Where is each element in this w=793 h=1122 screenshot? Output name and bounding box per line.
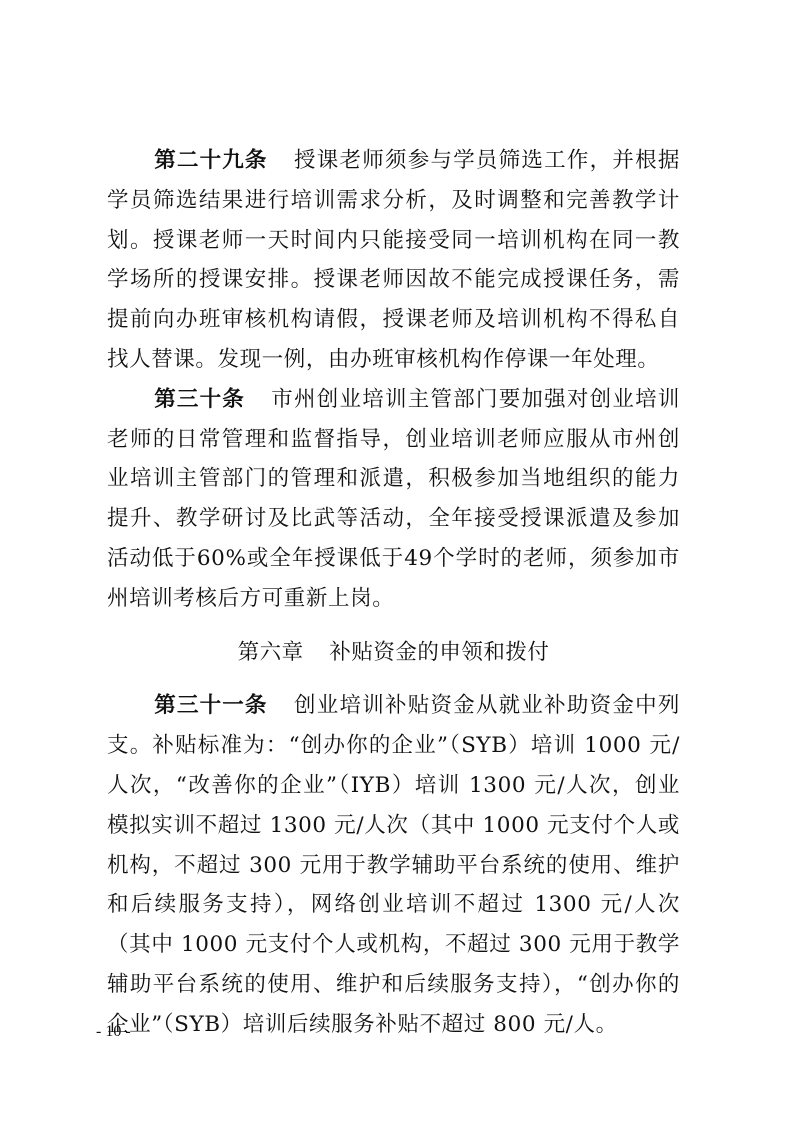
article-29: 第二十九条授课老师须参与学员筛选工作，并根据学员筛选结果进行培训需求分析，及时调… (107, 141, 680, 380)
document-body: 第二十九条授课老师须参与学员筛选工作，并根据学员筛选结果进行培训需求分析，及时调… (107, 141, 680, 1045)
article-text: 授课老师须参与学员筛选工作，并根据学员筛选结果进行培训需求分析，及时调整和完善教… (107, 148, 680, 372)
article-text: 创业培训补贴资金从就业补助资金中列支。补贴标准为：“创办你的企业”（SYB）培训… (107, 693, 680, 1036)
chapter-title: 补贴资金的申领和拨付 (329, 640, 549, 665)
article-text: 市州创业培训主管部门要加强对创业培训老师的日常管理和监督指导，创业培训老师应服从… (107, 387, 680, 611)
document-page: 第二十九条授课老师须参与学员筛选工作，并根据学员筛选结果进行培训需求分析，及时调… (0, 0, 793, 1122)
article-label: 第三十一条 (154, 693, 267, 718)
article-31: 第三十一条创业培训补贴资金从就业补助资金中列支。补贴标准为：“创办你的企业”（S… (107, 686, 680, 1044)
article-label: 第三十条 (154, 387, 245, 412)
page-number: - 10 - (96, 1023, 131, 1041)
article-label: 第二十九条 (154, 148, 267, 173)
article-30: 第三十条市州创业培训主管部门要加强对创业培训老师的日常管理和监督指导，创业培训老… (107, 380, 680, 619)
chapter-label: 第六章 (238, 640, 304, 665)
chapter-heading: 第六章补贴资金的申领和拨付 (107, 633, 680, 673)
